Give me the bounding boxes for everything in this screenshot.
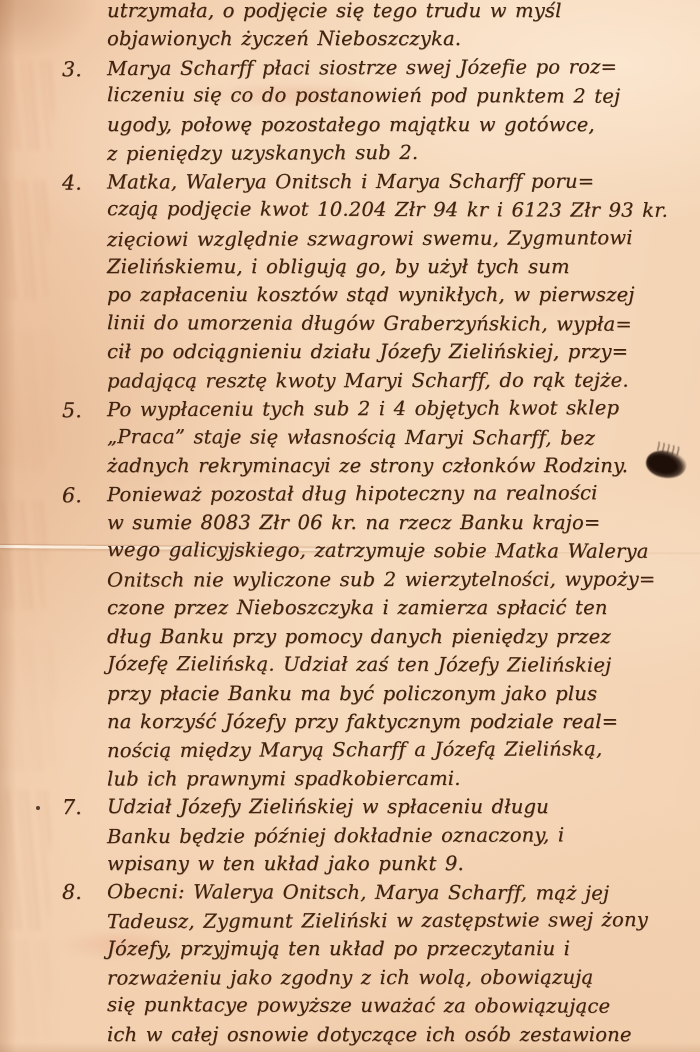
manuscript-line: linii do umorzenia długów Graberzyńskich…: [107, 309, 700, 339]
manuscript-line: zięciowi względnie szwagrowi swemu, Zygm…: [107, 223, 700, 254]
manuscript-line: 4.Matka, Walerya Onitsch i Marya Scharff…: [107, 167, 700, 196]
manuscript-line: po zapłaceniu kosztów stąd wynikłych, w …: [107, 281, 700, 309]
line-text: Obecni: Walerya Onitsch, Marya Scharff, …: [107, 880, 609, 905]
line-text: Matka, Walerya Onitsch i Marya Scharff p…: [107, 169, 594, 193]
line-text: Zielińskiemu, i obligują go, by użył tyc…: [107, 255, 570, 278]
manuscript-line: 3.Marya Scharff płaci siostrze swej Józe…: [107, 53, 700, 84]
manuscript-line: utrzymała, o podjęcie się tego trudu w m…: [107, 0, 700, 25]
line-text: się punktacye powyższe uważać za obowiąz…: [107, 993, 610, 1018]
line-text: przy płacie Banku ma być policzonym jako…: [107, 682, 597, 705]
line-text: liczeniu się co do postanowień pod punkt…: [107, 83, 620, 108]
manuscript-line: czone przez Nieboszczyka i zamierza spła…: [107, 594, 700, 622]
manuscript-line: rozważeniu jako zgodny z ich wolą, obowi…: [107, 963, 700, 992]
manuscript-line: Tadeusz, Zygmunt Zieliński w zastępstwie…: [107, 906, 700, 937]
line-text: Onitsch nie wyliczone sub 2 wierzytelnoś…: [107, 567, 655, 591]
manuscript-line: wpisany w ten układ jako punkt 9.: [107, 850, 700, 878]
line-text: Banku będzie później dokładnie oznaczony…: [107, 823, 564, 848]
manuscript-line: się punktacye powyższe uważać za obowiąz…: [107, 991, 700, 1021]
line-text: żadnych rekryminacyi ze strony członków …: [107, 454, 628, 477]
line-text: Tadeusz, Zygmunt Zieliński w zastępstwie…: [107, 908, 648, 933]
manuscript-line: w sumie 8083 Złr 06 kr. na rzecz Banku k…: [107, 509, 700, 537]
line-text: w sumie 8083 Złr 06 kr. na rzecz Banku k…: [107, 511, 600, 534]
manuscript-line: cił po odciągnieniu działu Józefy Zieliń…: [107, 338, 700, 366]
manuscript-line: dług Banku przy pomocy danych pieniędzy …: [107, 623, 700, 651]
line-text: czają podjęcie kwot 10.204 Złr 94 kr i 6…: [107, 197, 668, 222]
line-text: zięciowi względnie szwagrowi swemu, Zygm…: [107, 226, 633, 251]
manuscript-line: objawionych życzeń Nieboszczyka.: [107, 25, 700, 53]
manuscript-page: utrzymała, o podjęcie się tego trudu w m…: [0, 0, 700, 1052]
manuscript-line: Józefy, przyjmują ten układ po przeczyta…: [107, 935, 700, 963]
item-number: 5.: [62, 396, 82, 425]
line-text: Po wypłaceniu tych sub 2 i 4 objętych kw…: [107, 396, 619, 421]
manuscript-line: Zielińskiemu, i obligują go, by użył tyc…: [107, 253, 700, 281]
item-number: 3.: [62, 55, 82, 84]
line-text: Marya Scharff płaci siostrze swej Józefi…: [107, 55, 617, 80]
manuscript-line: z pieniędzy uzyskanych sub 2.: [107, 138, 700, 169]
manuscript-line: 5.Po wypłaceniu tych sub 2 i 4 objętych …: [107, 394, 700, 425]
manuscript-line: przy płacie Banku ma być policzonym jako…: [107, 680, 700, 708]
line-text: wpisany w ten układ jako punkt 9.: [107, 852, 464, 875]
line-text: cił po odciągnieniu działu Józefy Zieliń…: [107, 340, 628, 363]
manuscript-line: ugody, połowę pozostałego majątku w gotó…: [107, 111, 700, 139]
line-text: z pieniędzy uzyskanych sub 2.: [107, 141, 418, 165]
line-text: Józefę Zielińską. Udział zaś ten Józefy …: [107, 652, 611, 677]
manuscript-line: 6.Ponieważ pozostał dług hipoteczny na r…: [107, 479, 700, 510]
line-text: po zapłaceniu kosztów stąd wynikłych, w …: [107, 283, 635, 306]
manuscript-line: nością między Maryą Scharff a Józefą Zie…: [107, 735, 700, 766]
manuscript-line: Józefę Zielińską. Udział zaś ten Józefy …: [107, 650, 700, 680]
manuscript-line: żadnych rekryminacyi ze strony członków …: [107, 452, 700, 480]
item-number: 6.: [62, 482, 82, 511]
line-text: na korzyść Józefy przy faktycznym podzia…: [107, 710, 618, 733]
line-text: wego galicyjskiego, zatrzymuje sobie Mat…: [107, 538, 649, 563]
page-edge-shadow: [0, 0, 16, 1052]
manuscript-line: czają podjęcie kwot 10.204 Złr 94 kr i 6…: [107, 195, 700, 225]
item-number: 7.: [62, 793, 82, 821]
manuscript-line: Banku będzie później dokładnie oznaczony…: [107, 821, 700, 852]
item-number: 8.: [62, 877, 82, 906]
line-text: Józefy, przyjmują ten układ po przeczyta…: [107, 937, 570, 960]
line-text: utrzymała, o podjęcie się tego trudu w m…: [107, 0, 562, 22]
manuscript-line: na korzyść Józefy przy faktycznym podzia…: [107, 708, 700, 736]
manuscript-line: „Praca” staje się własnością Maryi Schar…: [107, 423, 700, 453]
manuscript-line: Onitsch nie wyliczone sub 2 wierzytelnoś…: [107, 565, 700, 594]
manuscript-line: lub ich prawnymi spadkobiercami.: [107, 764, 700, 793]
line-text: objawionych życzeń Nieboszczyka.: [107, 27, 461, 50]
manuscript-line: 7.Udział Józefy Zielińskiej w spłaceniu …: [107, 793, 700, 821]
line-text: rozważeniu jako zgodny z ich wolą, obowi…: [107, 966, 593, 990]
line-text: dług Banku przy pomocy danych pieniędzy …: [107, 625, 611, 648]
manuscript-line: liczeniu się co do postanowień pod punkt…: [107, 81, 700, 111]
line-text: linii do umorzenia długów Graberzyńskich…: [107, 311, 632, 336]
line-text: lub ich prawnymi spadkobiercami.: [107, 767, 461, 791]
item-number: 4.: [62, 168, 82, 196]
line-text: czone przez Nieboszczyka i zamierza spła…: [107, 596, 608, 619]
manuscript-line: wego galicyjskiego, zatrzymuje sobie Mat…: [107, 536, 700, 566]
line-text: Udział Józefy Zielińskiej w spłaceniu dł…: [107, 795, 549, 818]
line-text: ugody, połowę pozostałego majątku w gotó…: [107, 113, 595, 136]
line-text: nością między Maryą Scharff a Józefą Zie…: [107, 738, 602, 763]
ink-dot: [36, 806, 40, 810]
line-text: Ponieważ pozostał dług hipoteczny na rea…: [107, 482, 598, 507]
line-text: „Praca” staje się własnością Maryi Schar…: [107, 425, 595, 450]
manuscript-text: utrzymała, o podjęcie się tego trudu w m…: [0, 0, 700, 1049]
manuscript-line: padającą resztę kwoty Maryi Scharff, do …: [107, 366, 700, 395]
manuscript-line: 8.Obecni: Walerya Onitsch, Marya Scharff…: [107, 878, 700, 908]
page-edge-shadow: [0, 1042, 700, 1052]
line-text: padającą resztę kwoty Maryi Scharff, do …: [107, 368, 629, 392]
